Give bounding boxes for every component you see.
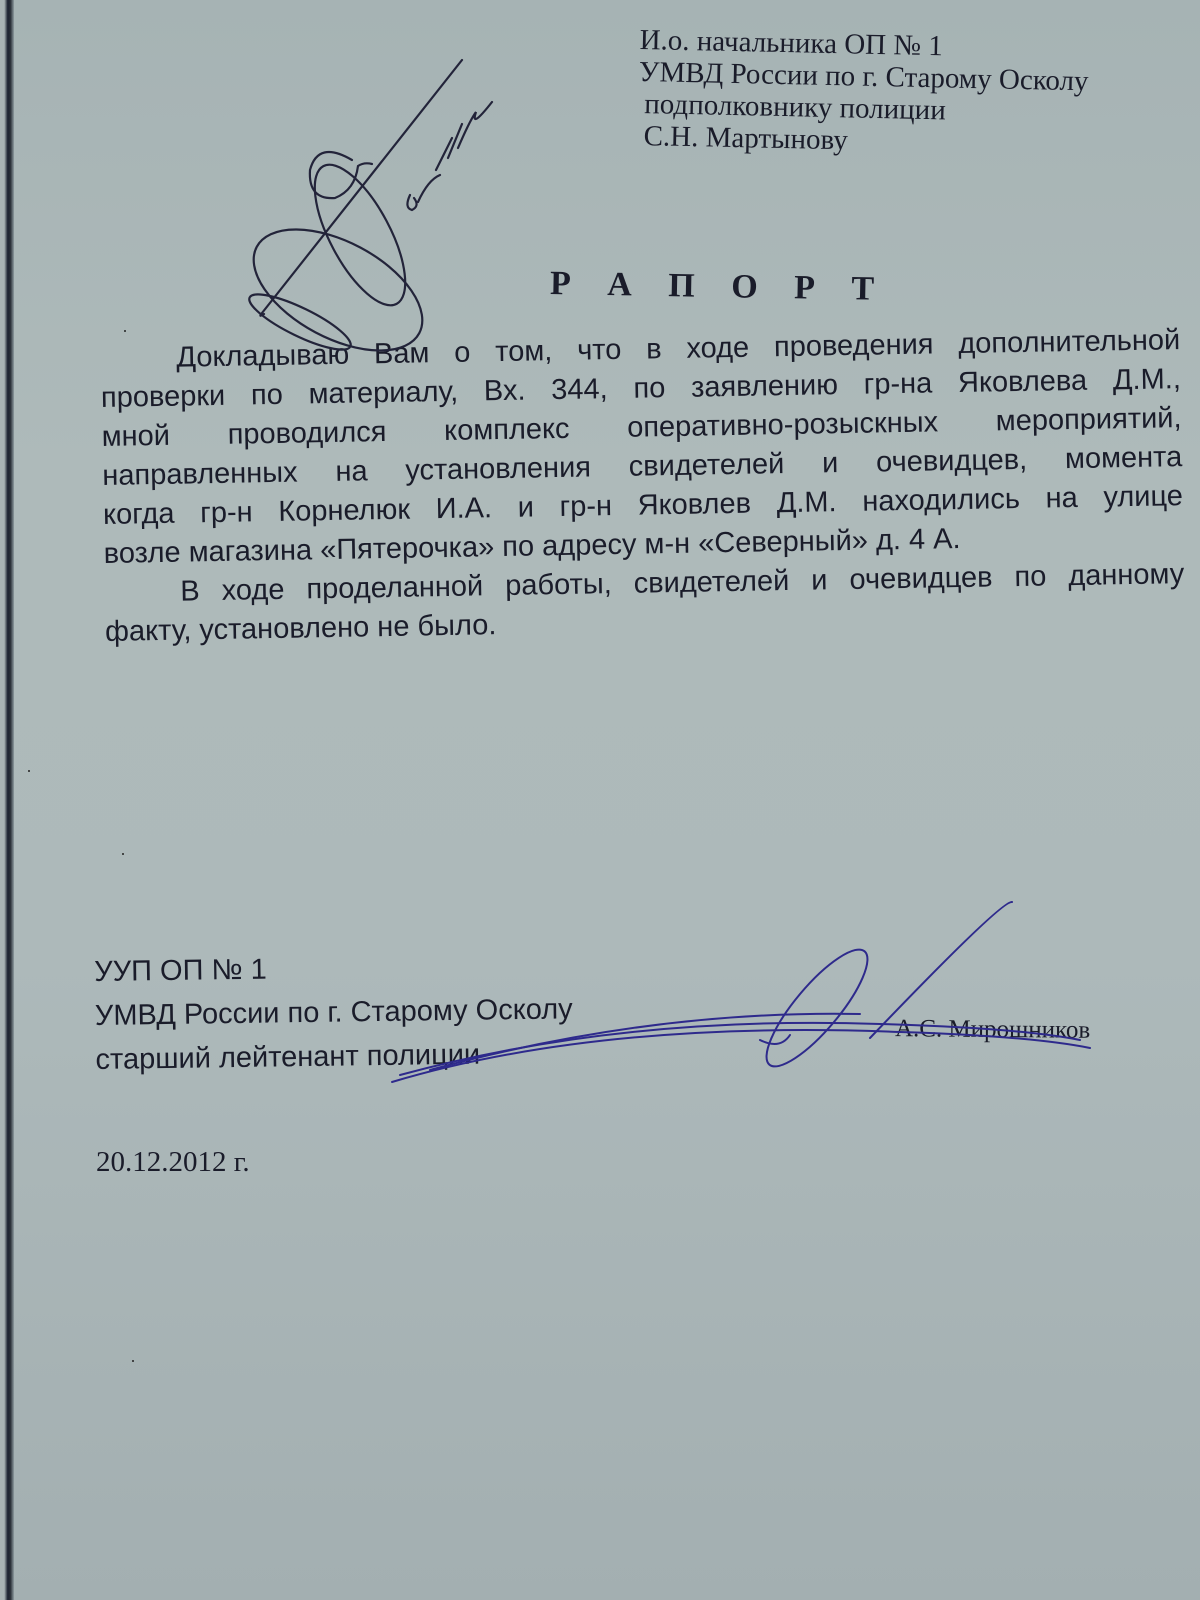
- document-date: 20.12.2012 г.: [96, 1146, 250, 1179]
- photo-page-edge: [0, 0, 14, 1600]
- paper-speck: [28, 770, 30, 772]
- position-line: УМВД России по г. Старому Осколу: [95, 987, 573, 1038]
- paper-speck: [124, 330, 126, 332]
- position-line: старший лейтенант полиции: [95, 1031, 573, 1082]
- addressee-block: И.о. начальника ОП № 1 УМВД России по г.…: [637, 24, 1089, 161]
- document-title: Р А П О Р Т: [550, 265, 889, 309]
- paper-speck: [132, 1360, 134, 1362]
- report-body: Докладываю Вам о том, что в ходе проведе…: [100, 321, 1185, 652]
- paper-sheet: [14, 0, 1200, 1600]
- position-line: УУП ОП № 1: [94, 943, 572, 994]
- signer-name: А.С. Мирошников: [895, 1015, 1091, 1045]
- paper-speck: [122, 853, 124, 855]
- signature-position-block: УУП ОП № 1 УМВД России по г. Старому Оск…: [94, 943, 574, 1082]
